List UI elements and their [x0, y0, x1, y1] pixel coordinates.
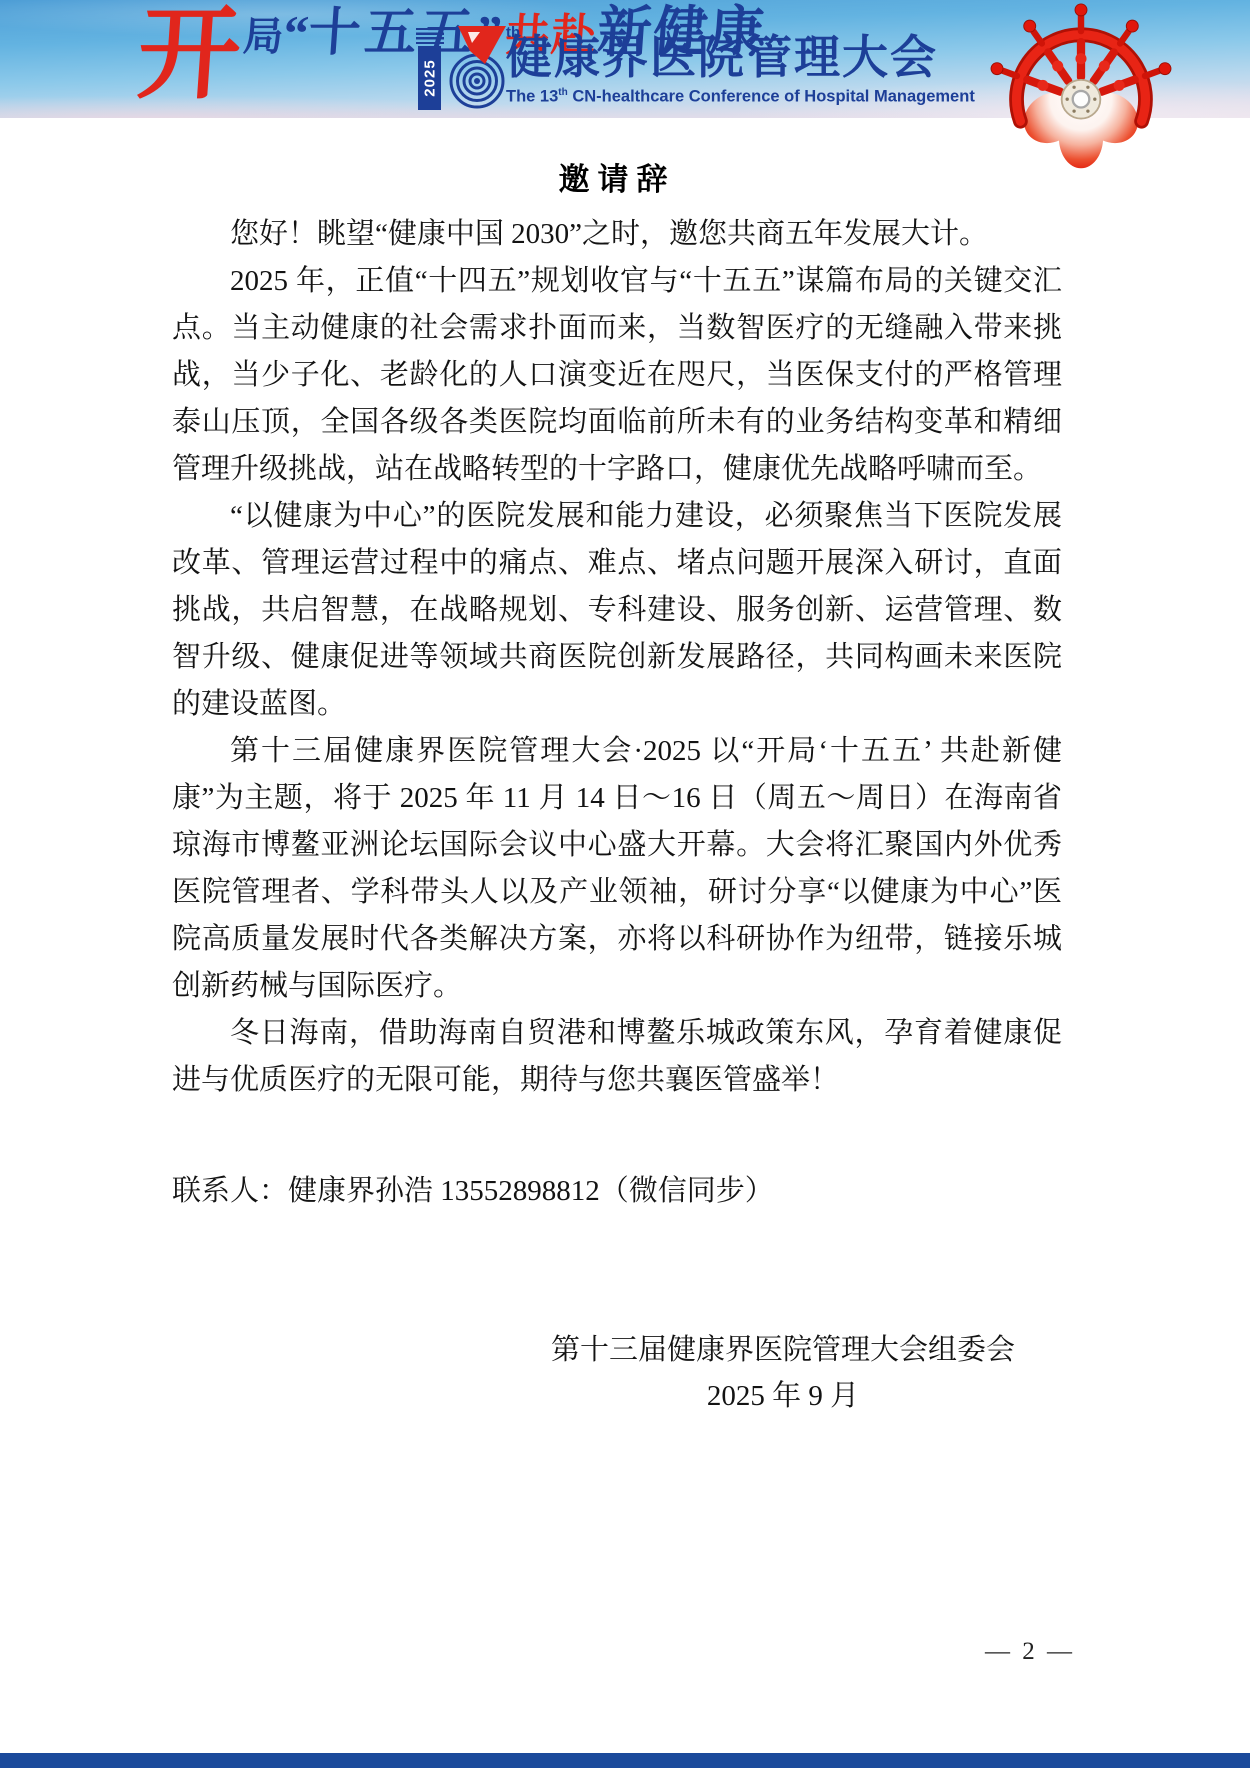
signature-organization: 第十三届健康界医院管理大会组委会: [551, 1327, 1015, 1373]
logo-stripes: [416, 28, 444, 46]
paragraph-closing: 冬日海南，借助海南自贸港和博鳌乐城政策东风，孕育着健康促进与优质医疗的无限可能，…: [172, 1010, 1062, 1104]
conference-title-cn: 健康界医院管理大会: [506, 32, 975, 82]
invitation-letter: 邀请辞 您好！眺望“健康中国 2030”之时，邀您共商五年发展大计。 2025 …: [0, 118, 1250, 1419]
paragraph-conference-info: 第十三届健康界医院管理大会·2025 以“开局‘十五五’ 共赴新健康”为主题，将…: [172, 728, 1062, 1010]
paragraph-theme-discussion: “以健康为中心”的医院发展和能力建设，必须聚焦当下医院发展改革、管理运营过程中的…: [172, 493, 1062, 728]
letter-title: 邀请辞: [172, 154, 1062, 199]
paragraph-background: 2025 年，正值“十四五”规划收官与“十五五”谋篇布局的关键交汇点。当主动健康…: [172, 258, 1062, 493]
logo-bar: 2025: [418, 46, 441, 110]
logo-digit-3-icon: [446, 24, 512, 112]
conference-title-en: The 13th CN-healthcare Conference of Hos…: [506, 84, 975, 106]
title-en-post: CN-healthcare Conference of Hospital Man…: [568, 88, 975, 106]
conference-banner: 开 局“十五五” 共赴新健康 2025: [0, 0, 1250, 118]
logo-digit-1: 2025: [416, 28, 444, 110]
letter-body: 您好！眺望“健康中国 2030”之时，邀您共商五年发展大计。 2025 年，正值…: [172, 211, 1062, 1104]
slogan-char-ju: 局: [242, 14, 285, 59]
signature-date: 2025 年 9 月: [551, 1373, 1015, 1419]
contact-line: 联系人：健康界孙浩 13552898812（微信同步）: [172, 1168, 1062, 1215]
logo-year-label: 2025: [421, 59, 438, 96]
ship-wheel-icon: [988, 2, 1174, 178]
page-number: — 2 —: [985, 1638, 1075, 1666]
signature-block: 第十三届健康界医院管理大会组委会 2025 年 9 月: [551, 1327, 1015, 1419]
title-en-pre: The 13: [506, 88, 558, 106]
conference-title-block: 健康界医院管理大会 The 13th CN-healthcare Confere…: [506, 32, 975, 106]
logo-13th: 2025 th: [416, 24, 520, 112]
title-en-sup: th: [558, 87, 567, 98]
footer-bar: [0, 1753, 1250, 1768]
signature-row: 第十三届健康界医院管理大会组委会 2025 年 9 月: [0, 1327, 1015, 1419]
document-page: 开 局“十五五” 共赴新健康 2025: [0, 0, 1250, 1768]
paragraph-greeting: 您好！眺望“健康中国 2030”之时，邀您共商五年发展大计。: [172, 211, 1062, 258]
slogan-char-kai: 开: [135, 6, 244, 106]
